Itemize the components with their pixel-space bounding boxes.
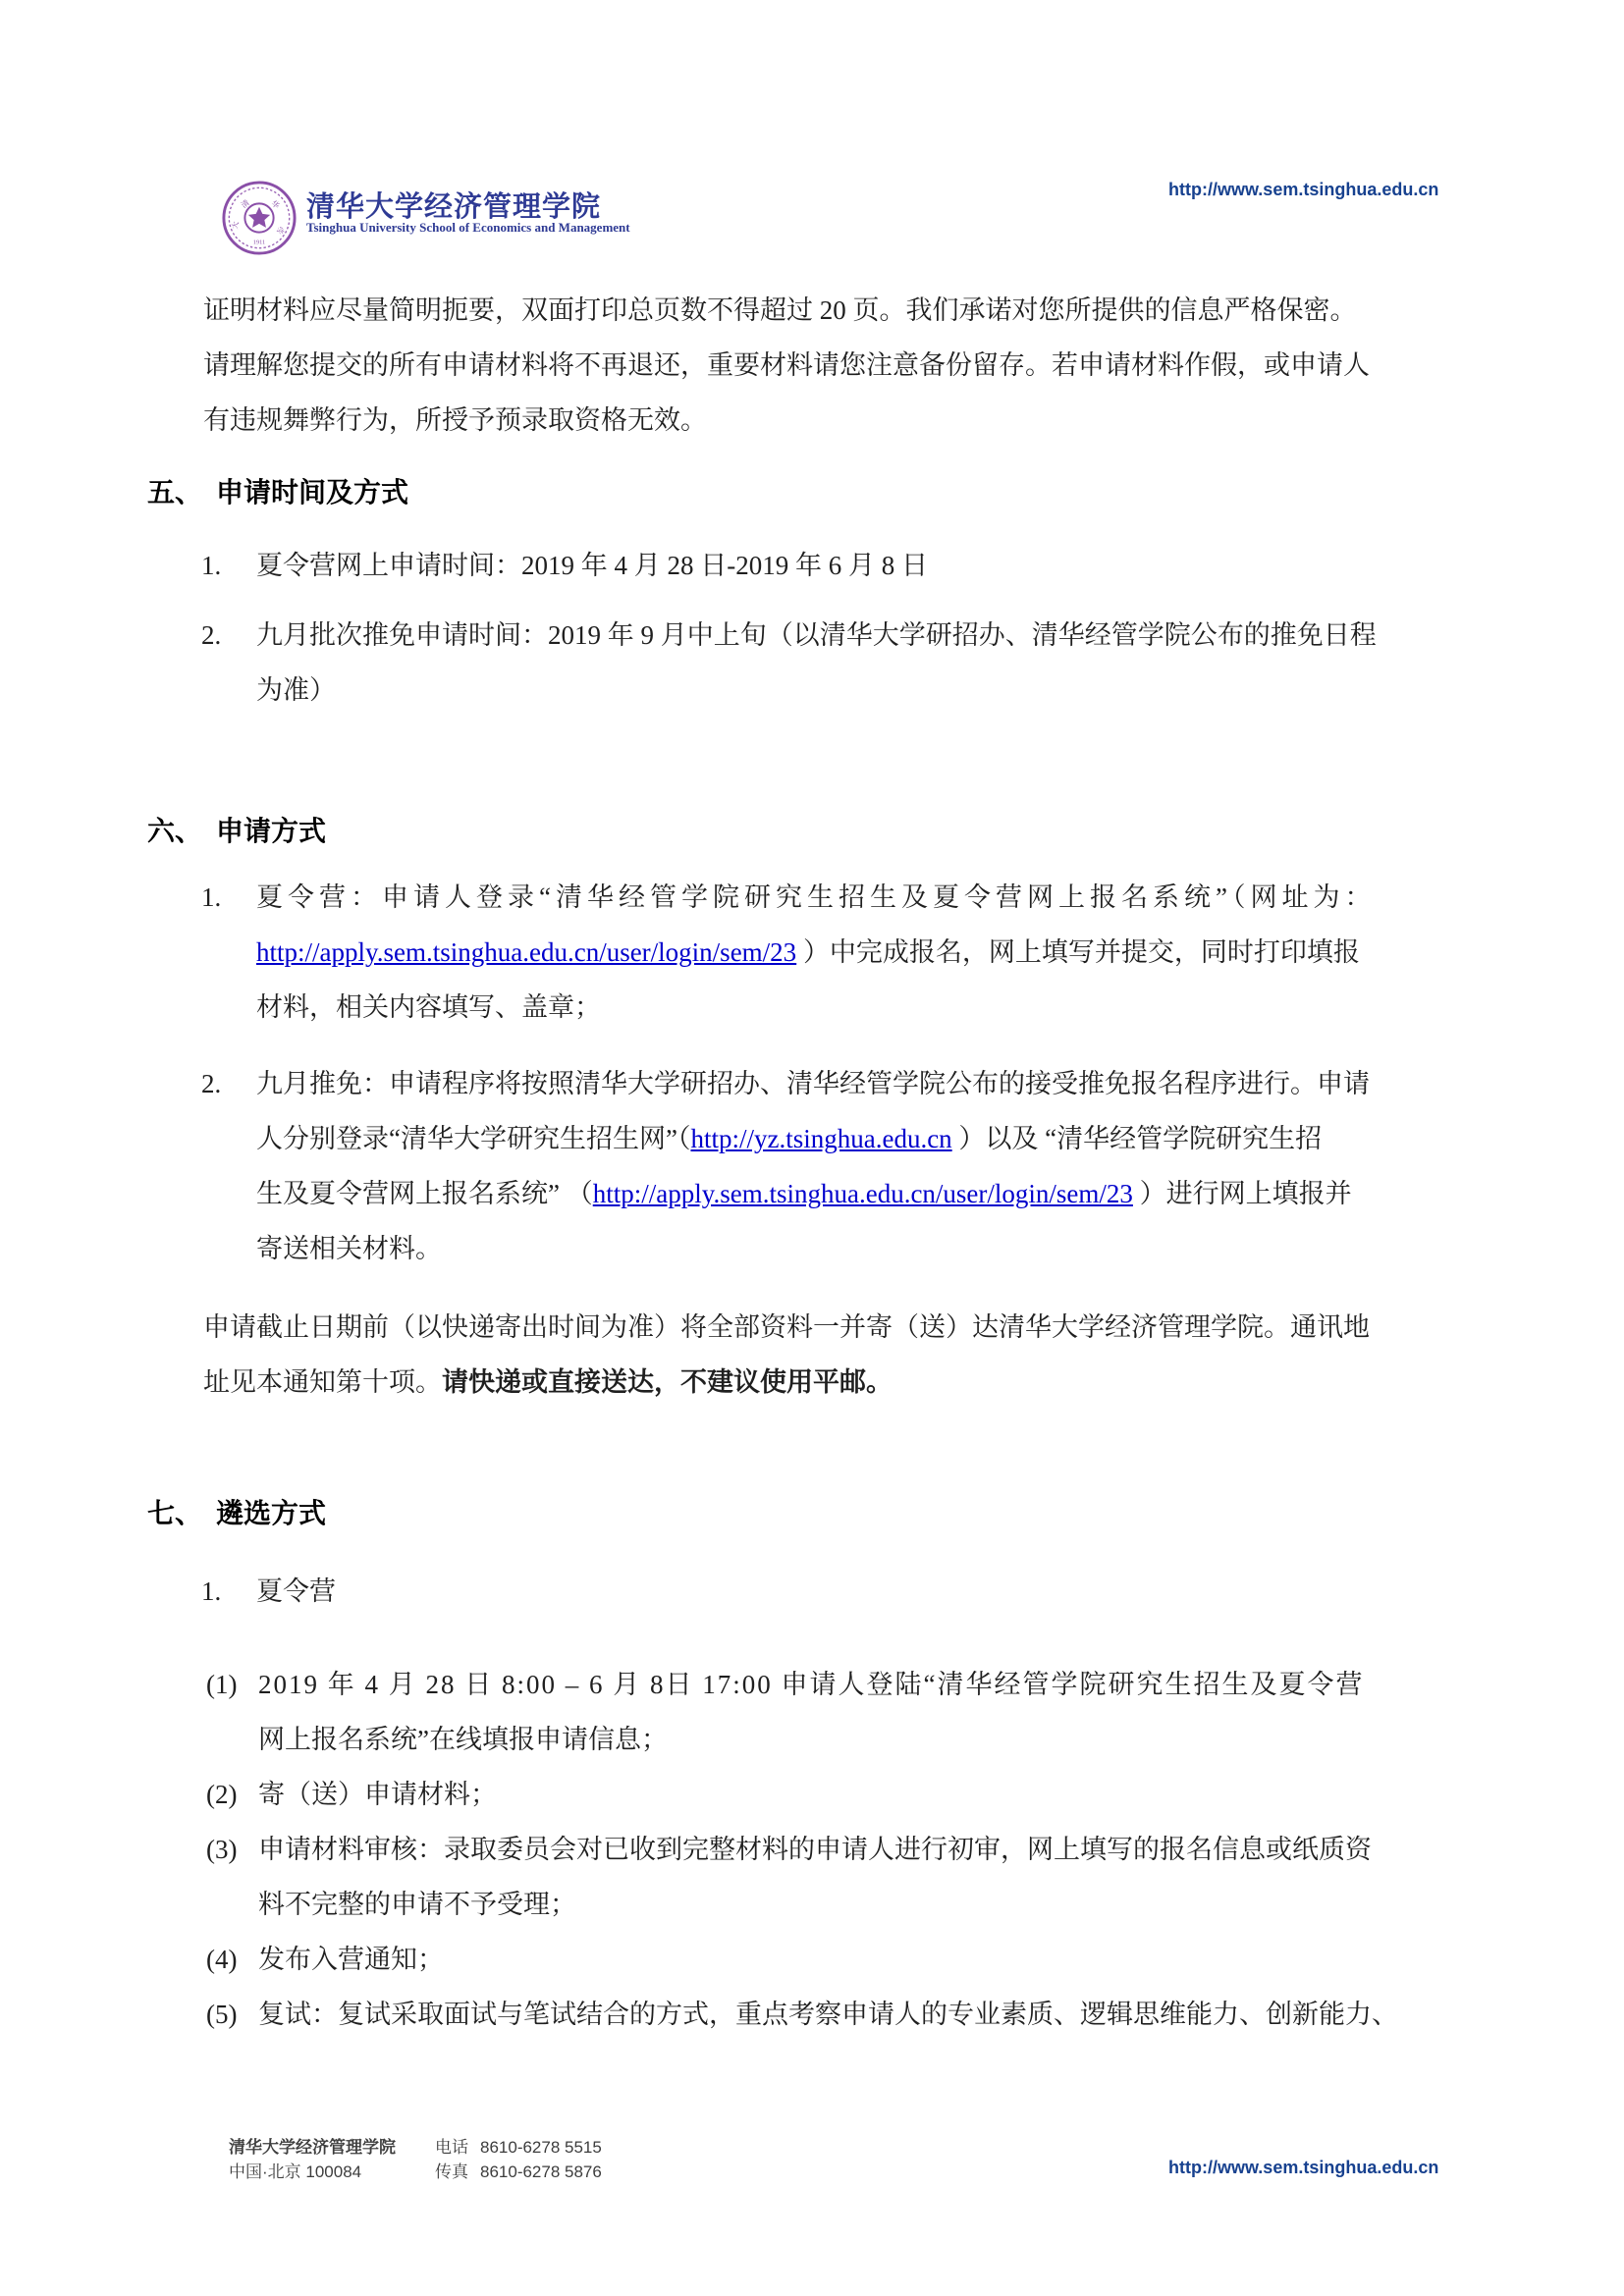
selection-steps-list: (1) 2019 年 4 月 28 日 8:00 – 6 月 8日 17:00 … bbox=[206, 1657, 1398, 2042]
item-line: 九月批次推免申请时间：2019 年 9 月中上旬（以清华大学研招办、清华经管学院… bbox=[256, 608, 1377, 663]
phone-label: 电话 bbox=[435, 2138, 468, 2157]
section-7-title: 遴选方式 bbox=[216, 1498, 326, 1528]
item-line: 人分别登录“清华大学研究生招生网”（http://yz.tsinghua.edu… bbox=[256, 1111, 1370, 1166]
header-website-url: http://www.sem.tsinghua.edu.cn bbox=[1168, 180, 1438, 200]
section-7-heading: 七、遴选方式 bbox=[147, 1486, 326, 1541]
yz-tsinghua-link[interactable]: http://yz.tsinghua.edu.cn bbox=[690, 1124, 951, 1153]
step-text: 发布入营通知； bbox=[258, 1945, 444, 1974]
step-line: (5) 复试：复试采取面试与笔试结合的方式，重点考察申请人的专业素质、逻辑思维能… bbox=[206, 1987, 1398, 2042]
footer-phone: 电话8610-6278 5515 bbox=[435, 2136, 602, 2160]
section-5-title: 申请时间及方式 bbox=[216, 477, 408, 507]
section-6-heading: 六、申请方式 bbox=[147, 804, 326, 859]
mailing-paragraph: 申请截止日期前（以快递寄出时间为准）将全部资料一并寄（送）达清华大学经济管理学院… bbox=[203, 1300, 1370, 1410]
step-line: (3) 申请材料审核：录取委员会对已收到完整材料的申请人进行初审，网上填写的报名… bbox=[206, 1822, 1398, 1877]
document-page: 清 华 大 学 1911 清华大学经济管理学院 Tsinghua Univers… bbox=[0, 0, 1624, 2296]
apply-system-link[interactable]: http://apply.sem.tsinghua.edu.cn/user/lo… bbox=[593, 1179, 1133, 1208]
item-line-text: 人分别登录“清华大学研究生招生网”（ bbox=[256, 1124, 690, 1153]
item-line: http://apply.sem.tsinghua.edu.cn/user/lo… bbox=[256, 925, 1376, 980]
intro-line: 证明材料应尽量简明扼要，双面打印总页数不得超过 20 页。我们承诺对您所提供的信… bbox=[203, 283, 1370, 338]
tsinghua-seal-icon: 清 华 大 学 1911 bbox=[221, 180, 298, 256]
svg-text:学: 学 bbox=[275, 226, 287, 236]
item-line: 九月推免：申请程序将按照清华大学研招办、清华经管学院公布的接受推免报名程序进行。… bbox=[256, 1056, 1370, 1111]
item-line-text: ）中完成报名，网上填写并提交，同时打印填报 bbox=[796, 937, 1360, 967]
intro-line: 请理解您提交的所有申请材料将不再退还，重要材料请您注意备份留存。若申请材料作假，… bbox=[203, 338, 1370, 393]
step-line: 网上报名系统”在线填报申请信息； bbox=[206, 1712, 1398, 1767]
item-line-text: 生及夏令营网上报名系统” （ bbox=[256, 1179, 593, 1208]
bold-notice-text: 请快递或直接送达，不建议使用平邮。 bbox=[442, 1367, 893, 1397]
item-line-text: ）进行网上填报并 bbox=[1133, 1179, 1352, 1208]
step-number: (1) bbox=[206, 1657, 237, 1712]
item-line: 夏令营网上申请时间：2019 年 4 月 28 日-2019 年 6 月 8 日 bbox=[256, 538, 928, 593]
section-6-number: 六、 bbox=[147, 816, 202, 846]
phone-number: 8610-6278 5515 bbox=[480, 2138, 602, 2157]
footer-address: 中国·北京 100084 bbox=[229, 2161, 361, 2184]
paragraph-line-text: 址见本通知第十项。 bbox=[203, 1367, 442, 1397]
step-number: (3) bbox=[206, 1822, 237, 1877]
step-line: (2) 寄（送）申请材料； bbox=[206, 1767, 1398, 1822]
item-line: 材料，相关内容填写、盖章； bbox=[256, 980, 1376, 1035]
item-line: 夏令营 bbox=[256, 1564, 336, 1619]
step-number: (4) bbox=[206, 1932, 237, 1987]
section-6-title: 申请方式 bbox=[216, 816, 326, 846]
list-item: 1. 夏令营 bbox=[201, 1564, 336, 1619]
step-number: (2) bbox=[206, 1767, 237, 1822]
item-number: 2. bbox=[201, 1056, 221, 1111]
step-text: 寄（送）申请材料； bbox=[258, 1780, 497, 1809]
fax-label: 传真 bbox=[435, 2163, 468, 2181]
step-text: 料不完整的申请不予受理； bbox=[258, 1890, 576, 1919]
footer-website-url: http://www.sem.tsinghua.edu.cn bbox=[1168, 2158, 1438, 2178]
footer-fax: 传真8610-6278 5876 bbox=[435, 2161, 602, 2184]
list-item: 1. 夏令营网上申请时间：2019 年 4 月 28 日-2019 年 6 月 … bbox=[201, 538, 928, 593]
list-item: 2. 九月推免：申请程序将按照清华大学研招办、清华经管学院公布的接受推免报名程序… bbox=[201, 1056, 1370, 1276]
apply-system-link[interactable]: http://apply.sem.tsinghua.edu.cn/user/lo… bbox=[256, 937, 796, 967]
step-text: 2019 年 4 月 28 日 8:00 – 6 月 8日 17:00 申请人登… bbox=[258, 1670, 1365, 1699]
step-number: (5) bbox=[206, 1987, 237, 2042]
svg-text:大: 大 bbox=[230, 220, 241, 230]
list-item: 1. 夏令营：申请人登录“清华经管学院研究生招生及夏令营网上报名系统”（网址为：… bbox=[201, 870, 1376, 1035]
item-number: 1. bbox=[201, 870, 221, 925]
list-item: 2. 九月批次推免申请时间：2019 年 9 月中上旬（以清华大学研招办、清华经… bbox=[201, 608, 1377, 718]
logo-title: 清华大学经济管理学院 bbox=[306, 185, 601, 225]
step-line: (4) 发布入营通知； bbox=[206, 1932, 1398, 1987]
footer-organization: 清华大学经济管理学院 bbox=[229, 2136, 396, 2160]
section-7-number: 七、 bbox=[147, 1498, 202, 1528]
paragraph-line: 址见本通知第十项。请快递或直接送达，不建议使用平邮。 bbox=[203, 1355, 1370, 1410]
step-line: 料不完整的申请不予受理； bbox=[206, 1877, 1398, 1932]
item-line: 夏令营：申请人登录“清华经管学院研究生招生及夏令营网上报名系统”（网址为： bbox=[256, 870, 1376, 925]
intro-line: 有违规舞弊行为，所授予预录取资格无效。 bbox=[203, 393, 1370, 448]
intro-paragraph: 证明材料应尽量简明扼要，双面打印总页数不得超过 20 页。我们承诺对您所提供的信… bbox=[203, 283, 1370, 448]
item-line-text: ）以及 “清华经管学院研究生招 bbox=[952, 1124, 1322, 1153]
item-number: 2. bbox=[201, 608, 221, 663]
step-text: 复试：复试采取面试与笔试结合的方式，重点考察申请人的专业素质、逻辑思维能力、创新… bbox=[258, 2000, 1398, 2029]
section-5-heading: 五、申请时间及方式 bbox=[147, 465, 408, 520]
paragraph-line: 申请截止日期前（以快递寄出时间为准）将全部资料一并寄（送）达清华大学经济管理学院… bbox=[203, 1300, 1370, 1355]
item-line: 为准） bbox=[256, 663, 1377, 718]
logo-subtitle: Tsinghua University School of Economics … bbox=[306, 220, 630, 236]
seal-year-text: 1911 bbox=[253, 239, 265, 245]
step-text: 网上报名系统”在线填报申请信息； bbox=[258, 1725, 668, 1754]
step-text: 申请材料审核：录取委员会对已收到完整材料的申请人进行初审，网上填写的报名信息或纸… bbox=[258, 1835, 1372, 1864]
item-line: 寄送相关材料。 bbox=[256, 1221, 1370, 1276]
item-number: 1. bbox=[201, 538, 221, 593]
item-line: 生及夏令营网上报名系统” （http://apply.sem.tsinghua.… bbox=[256, 1166, 1370, 1221]
item-number: 1. bbox=[201, 1564, 221, 1619]
section-5-number: 五、 bbox=[147, 477, 202, 507]
fax-number: 8610-6278 5876 bbox=[480, 2163, 602, 2181]
step-line: (1) 2019 年 4 月 28 日 8:00 – 6 月 8日 17:00 … bbox=[206, 1657, 1398, 1712]
